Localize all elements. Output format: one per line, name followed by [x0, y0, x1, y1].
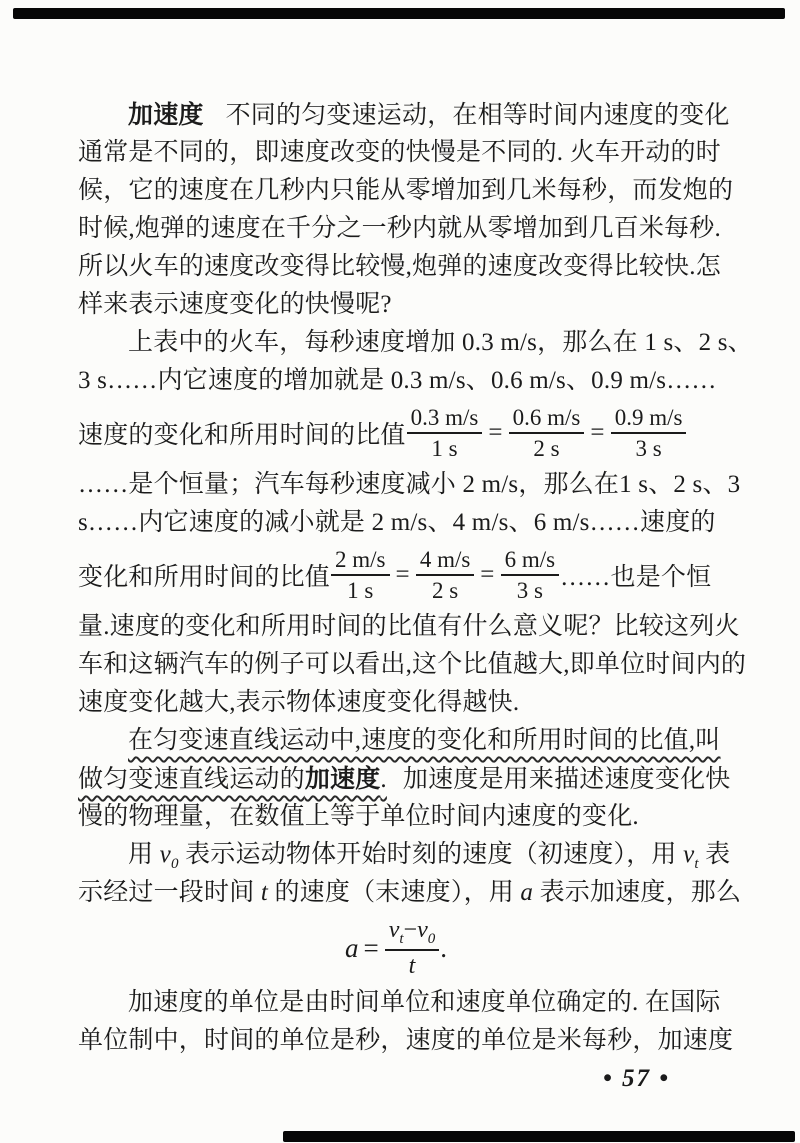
text-line: 加速度的单位是由时间单位和速度单位确定的. 在国际 — [78, 984, 714, 1022]
text-line: 上表中的火车，每秒速度增加 0.3 m/s，那么在 1 s、2 s、 — [78, 324, 714, 362]
ratio-equation-train: 速度的变化和所用时间的比值 0.3 m/s1 s = 0.6 m/s2 s = … — [78, 400, 714, 466]
text-line: 样来表示速度变化的快慢呢? — [78, 286, 714, 324]
equals-sign: = — [590, 419, 604, 447]
term-acceleration-bold: 加速度 — [305, 764, 381, 793]
ratio-suffix: ……也是个恒 — [560, 557, 711, 593]
text-line: 通常是不同的，即速度改变的快慢是不同的. 火车开动的时 — [78, 134, 714, 172]
text-line: 车和这辆汽车的例子可以看出,这个比值越大,即单位时间内的 — [78, 646, 714, 684]
text-line: 3 s……内它速度的增加就是 0.3 m/s、0.6 m/s、0.9 m/s…… — [78, 362, 714, 400]
equals-sign: = — [480, 561, 494, 589]
scan-artifact-bar-bottom — [283, 1131, 795, 1142]
definition-line: 在匀变速直线运动中,速度的变化和所用时间的比值,叫 — [78, 722, 714, 760]
fraction: 0.3 m/s1 s — [407, 404, 483, 462]
formula-denominator: t — [385, 951, 440, 980]
text-line: 候，它的速度在几秒内只能从零增加到几米每秒，而发炮的 — [78, 172, 714, 210]
emphasized-definition-text: 在匀变速直线运动中,速度的变化和所用时间的比值,叫 — [128, 727, 721, 754]
emphasized-definition-text: 做匀变速直线运动的加速度. — [78, 766, 387, 793]
textbook-page: 加速度不同的匀变速运动，在相等时间内速度的变化 通常是不同的，即速度改变的快慢是… — [0, 0, 800, 1143]
scan-artifact-bar-top — [13, 8, 785, 19]
formula-lhs: a — [345, 933, 359, 964]
ratio-prefix: 变化和所用时间的比值 — [78, 557, 330, 593]
definition-line: 做匀变速直线运动的加速度.加速度是用来描述速度变化快 — [78, 760, 714, 798]
ratio-equation-car: 变化和所用时间的比值 2 m/s1 s = 4 m/s2 s = 6 m/s3 … — [78, 542, 714, 608]
text-line: 时候,炮弹的速度在千分之一秒内就从零增加到几百米每秒. — [78, 210, 714, 248]
fraction: 2 m/s1 s — [331, 546, 389, 604]
fraction: 0.6 m/s2 s — [509, 404, 585, 462]
text-line: 量.速度的变化和所用时间的比值有什么意义呢？比较这列火 — [78, 608, 714, 646]
section-term-acceleration: 加速度 — [128, 100, 204, 129]
formula-fraction: vt−v0 t — [385, 916, 440, 981]
ratio-prefix: 速度的变化和所用时间的比值 — [78, 415, 406, 451]
text-line: s……内它速度的减小就是 2 m/s、4 m/s、6 m/s……速度的 — [78, 504, 714, 542]
variable-a: a — [520, 879, 533, 906]
text-line-content: 加速度是用来描述速度变化快 — [403, 766, 731, 793]
formula-period: . — [440, 933, 447, 964]
text-line-content: 不同的匀变速运动，在相等时间内速度的变化 — [226, 102, 730, 129]
formula-numerator: vt−v0 — [385, 916, 440, 951]
text-line: 慢的物理量，在数值上等于单位时间内速度的变化. — [78, 798, 714, 836]
text-line: 所以火车的速度改变得比较慢,炮弹的速度改变得比较快.怎 — [78, 248, 714, 286]
text-line: 示经过一段时间 t 的速度（末速度），用 a 表示加速度，那么 — [78, 874, 714, 912]
variable-t: t — [261, 879, 268, 906]
equals-sign: = — [488, 419, 502, 447]
text-line: 用 v0 表示运动物体开始时刻的速度（初速度），用 vt 表 — [78, 836, 714, 874]
variable-v0: v0 — [160, 841, 179, 868]
page-text-block: 加速度不同的匀变速运动，在相等时间内速度的变化 通常是不同的，即速度改变的快慢是… — [78, 96, 714, 1098]
equals-sign: = — [363, 933, 378, 964]
text-line: 单位制中，时间的单位是秒，速度的单位是米每秒，加速度 — [78, 1022, 714, 1060]
fraction: 4 m/s2 s — [416, 546, 474, 604]
equals-sign: = — [396, 561, 410, 589]
variable-vt: vt — [683, 841, 699, 868]
fraction: 6 m/s3 s — [501, 546, 559, 604]
text-line: 速度变化越大,表示物体速度变化得越快. — [78, 684, 714, 722]
page-number: • 57 • — [78, 1060, 714, 1098]
acceleration-formula: a = vt−v0 t . — [78, 912, 714, 984]
fraction: 0.9 m/s3 s — [611, 404, 687, 462]
text-line: ……是个恒量；汽车每秒速度减小 2 m/s，那么在1 s、2 s、3 — [78, 466, 714, 504]
text-line: 加速度不同的匀变速运动，在相等时间内速度的变化 — [78, 96, 714, 134]
